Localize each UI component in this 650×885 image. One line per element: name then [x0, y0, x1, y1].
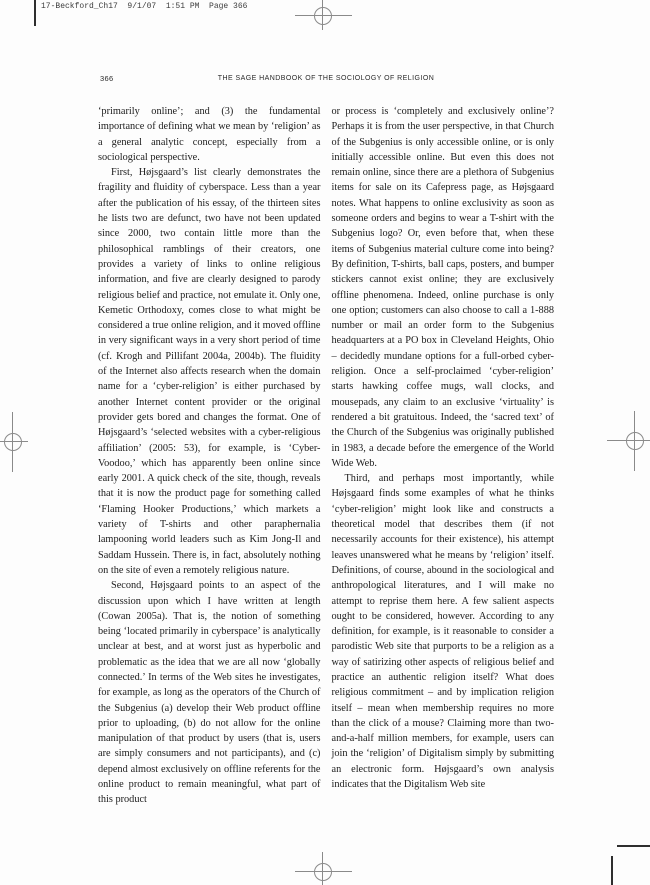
- paragraph: First, Højsgaard’s list clearly demonstr…: [98, 165, 321, 578]
- paragraph: Second, Højsgaard points to an aspect of…: [98, 578, 321, 807]
- paragraph: Third, and perhaps most importantly, whi…: [332, 471, 555, 792]
- paragraph: ‘primarily online’; and (3) the fundamen…: [98, 104, 321, 165]
- body-text: ‘primarily online’; and (3) the fundamen…: [98, 104, 554, 808]
- paragraph: or process is ‘completely and exclusivel…: [332, 104, 555, 471]
- column-right: or process is ‘completely and exclusivel…: [332, 104, 555, 808]
- crop-mark-icon: [34, 0, 36, 26]
- column-left: ‘primarily online’; and (3) the fundamen…: [98, 104, 321, 808]
- running-title: THE SAGE HANDBOOK OF THE SOCIOLOGY OF RE…: [98, 75, 554, 82]
- crop-mark-icon: [617, 845, 650, 847]
- crop-mark-icon: [611, 856, 613, 885]
- print-slug: 17-Beckford_Ch17 9/1/07 1:51 PM Page 366: [41, 2, 247, 11]
